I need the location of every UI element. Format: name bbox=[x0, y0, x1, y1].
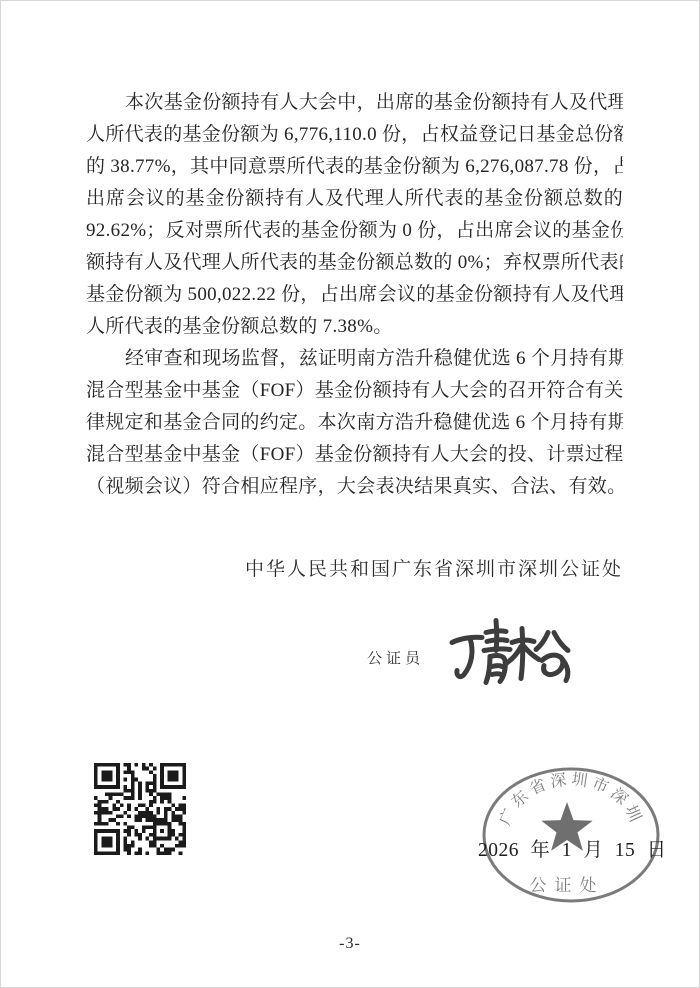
paragraph2-line: 混合型基金中基金（FOF）基金份额持有人大会的投、计票过程 bbox=[86, 439, 623, 471]
paragraph2-line: 经审查和现场监督，兹证明南方浩升稳健优选 6 个月持有期 bbox=[86, 343, 623, 375]
seal-bottom-text: 公证处 bbox=[530, 876, 605, 895]
page-number: -3- bbox=[1, 935, 699, 953]
paragraph1-line: 92.62%；反对票所代表的基金份额为 0 份，占出席会议的基金份 bbox=[86, 215, 623, 247]
paragraph1-line: 出席会议的基金份额持有人及代理人所代表的基金份额总数的 bbox=[86, 183, 623, 215]
paragraph2-line: 混合型基金中基金（FOF）基金份额持有人大会的召开符合有关法 bbox=[86, 375, 623, 407]
paragraph2-line: （视频会议）符合相应程序，大会表决结果真实、合法、有效。 bbox=[86, 471, 623, 503]
paragraph1-line: 额持有人及代理人所代表的基金份额总数的 0%；弃权票所代表的 bbox=[86, 247, 623, 279]
notary-office-name: 中华人民共和国广东省深圳市深圳公证处 bbox=[86, 554, 623, 581]
qr-code bbox=[94, 763, 186, 855]
seal-date: 2026 年 1 月 15 日 bbox=[478, 834, 667, 862]
notary-document-page: 本次基金份额持有人大会中，出席的基金份额持有人及代理 人所代表的基金份额为 6,… bbox=[0, 0, 700, 988]
notary-signature bbox=[444, 607, 584, 695]
paragraph1-line: 人所代表的基金份额总数的 7.38%。 bbox=[86, 311, 623, 343]
notary-title-label: 公证员 bbox=[367, 647, 424, 668]
paragraph1-line: 的 38.77%，其中同意票所代表的基金份额为 6,276,087.78 份，占 bbox=[86, 151, 623, 183]
paragraph1-line: 本次基金份额持有人大会中，出席的基金份额持有人及代理 bbox=[86, 87, 623, 119]
paragraph1-line: 基金份额为 500,022.22 份，占出席会议的基金份额持有人及代理 bbox=[86, 279, 623, 311]
document-body: 本次基金份额持有人大会中，出席的基金份额持有人及代理 人所代表的基金份额为 6,… bbox=[86, 87, 623, 503]
paragraph2-line: 律规定和基金合同的约定。本次南方浩升稳健优选 6 个月持有期 bbox=[86, 407, 623, 439]
paragraph1-line: 人所代表的基金份额为 6,776,110.0 份，占权益登记日基金总份额 bbox=[86, 119, 623, 151]
